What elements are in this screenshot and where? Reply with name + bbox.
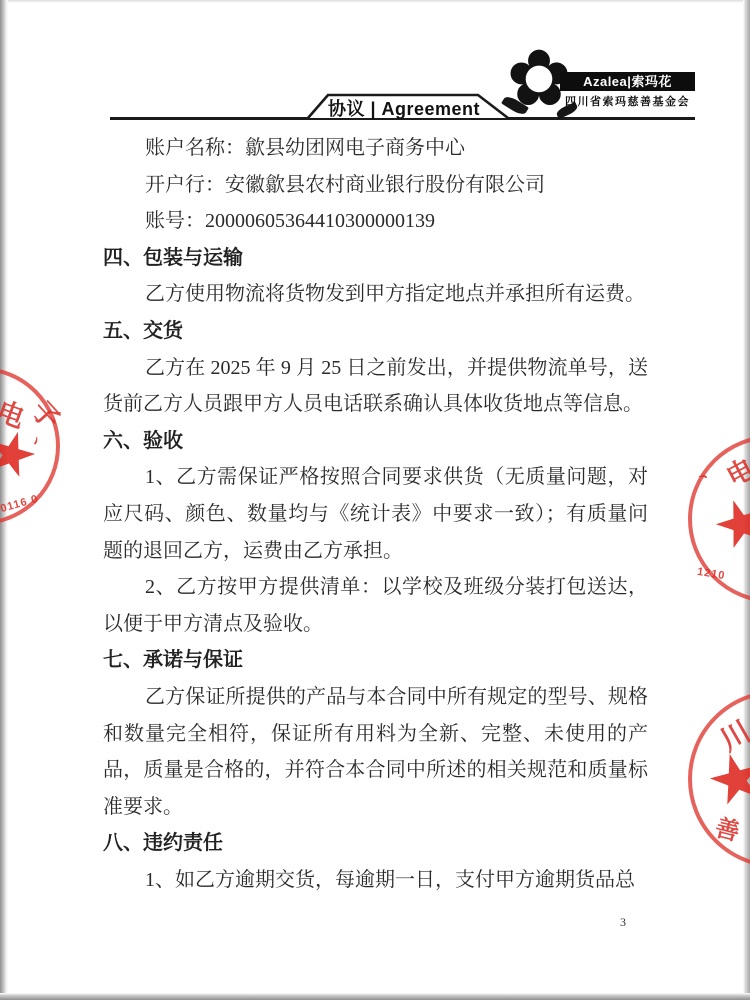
document-body: 账户名称：歙县幼团网电子商务中心 开户行：安徽歙县农村商业银行股份有限公司 账号… [103,130,648,898]
red-seal-stamp-right-upper: 电 丶 1210 [688,435,750,603]
scan-edge-top [0,0,750,3]
seal-character: 电 [718,447,750,494]
section-heading-packaging: 四、包装与运输 [103,240,648,277]
scanned-agreement-page: { "page": { "number": "3" }, "header": {… [0,0,750,1000]
section-heading-warranty: 七、承诺与保证 [103,642,648,679]
seal-serial-number: 0116 0 [0,493,40,515]
account-name-line: 账户名称：歙县幼团网电子商务中心 [103,130,648,167]
agreement-banner-title: 协议 | Agreement [314,95,494,121]
bank-branch-line: 开户行：安徽歙县农村商业银行股份有限公司 [103,167,648,204]
seal-character: 川 [712,709,750,759]
scan-edge-bottom [0,993,750,1000]
logo-organization-name: 四川省索玛慈善基金会 [558,93,697,109]
logo-brand-bar: Azalea|索玛花 [560,72,695,91]
seal-character: 子 [24,390,71,436]
red-seal-stamp-left: 电 子 丶 0116 0 [0,367,60,525]
section-paragraph: 乙方保证所提供的产品与本合同中所有规定的型号、规格和数量完全相符，保证所有用料为… [103,679,648,825]
seal-character: 善 [712,808,744,848]
section-paragraph: 1、乙方需保证严格按照合同要求供货（无质量问题，对应尺码、颜色、数量均与《统计表… [103,459,648,569]
page-number: 3 [620,915,626,930]
seal-serial-number: 1210 [696,566,726,582]
section-heading-breach: 八、违约责任 [103,825,648,862]
section-paragraph: 1、如乙方逾期交货，每逾期一日，支付甲方逾期货品总 [103,862,648,899]
star-icon [704,747,750,812]
account-number-line: 账号：20000605364410300000139 [103,203,648,240]
seal-character: 丶 [691,465,716,491]
section-heading-delivery: 五、交货 [103,313,648,350]
star-icon [709,492,750,555]
section-heading-acceptance: 六、验收 [103,423,648,460]
seal-character: 电 [0,390,31,436]
section-paragraph: 乙方在 2025 年 9 月 25 日之前发出，并提供物流单号，送货前乙方人员跟… [103,350,648,423]
section-paragraph: 乙方使用物流将货物发到甲方指定地点并承担所有运费。 [103,276,648,313]
red-seal-stamp-right-lower: 川 善 [688,690,750,868]
section-paragraph: 2、乙方按甲方提供清单：以学校及班级分装打包送达，以便于甲方清点及验收。 [103,569,648,642]
